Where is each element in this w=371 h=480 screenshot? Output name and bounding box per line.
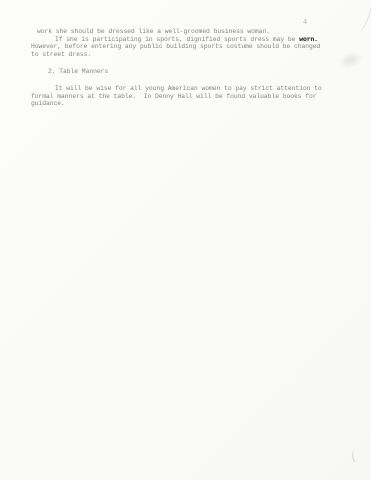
scan-artifact-bottom-right bbox=[351, 448, 363, 463]
document-body: work she should be dressed like a well-g… bbox=[31, 28, 351, 108]
scanned-page: 4 work she should be dressed like a well… bbox=[0, 0, 371, 480]
paragraph1-line1: work she should be dressed like a well-g… bbox=[31, 28, 351, 36]
paragraph1-line3: However, before entering any public buil… bbox=[31, 43, 351, 51]
heading-gap bbox=[31, 76, 351, 85]
paragraph1-line4: to street dress. bbox=[31, 51, 351, 59]
paragraph2-line2: formal manners at the table. In Denny Ha… bbox=[31, 93, 351, 101]
section-heading: 2. Table Manners bbox=[31, 68, 351, 76]
paragraph2-line3: guidance. bbox=[31, 100, 351, 108]
paragraph1-line2-emphasis: worn. bbox=[299, 36, 318, 43]
paragraph1-line2-text: If she is participating in sports, digni… bbox=[55, 36, 299, 43]
paragraph1-line2: If she is participating in sports, digni… bbox=[31, 36, 351, 44]
page-number: 4 bbox=[303, 19, 307, 27]
paragraph2-line1: It will be wise for all young American w… bbox=[31, 85, 351, 93]
paragraph-gap bbox=[31, 58, 351, 68]
